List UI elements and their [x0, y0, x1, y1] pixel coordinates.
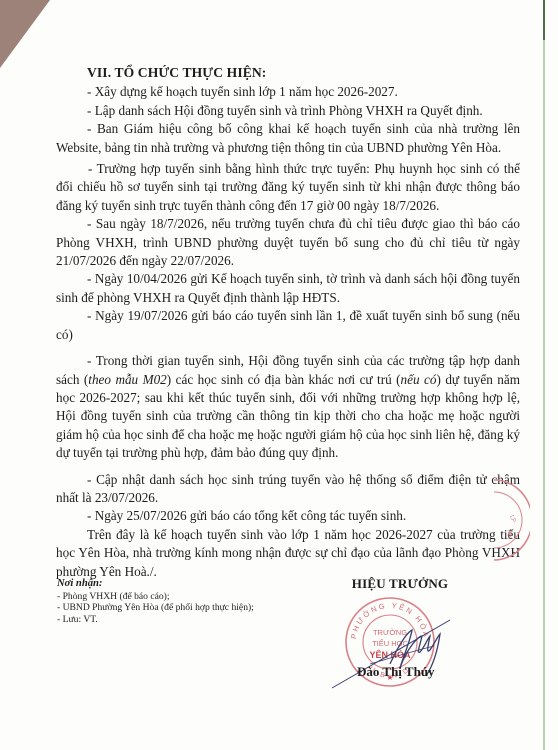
recipients-block: Nơi nhận: - Phòng VHXH (để báo cáo); - U… [57, 578, 254, 625]
scan-edge-line [543, 0, 545, 750]
recipient-item: - Lưu: VT. [57, 614, 254, 626]
recipient-item: - Phòng VHXH (để báo cáo); [57, 591, 254, 603]
closing-paragraph: Trên đây là kế hoạch tuyển sinh vào lớp … [56, 526, 520, 581]
item-online: - Trường hợp tuyển sinh bằng hình thức t… [56, 160, 520, 215]
item-final-report: - Ngày 25/07/2026 gửi báo cáo tổng kết c… [56, 507, 520, 525]
partial-seal-icon: LP MA [480, 470, 530, 570]
signer-name: Đào Thị Thúy [357, 664, 435, 680]
document-page: VII. TỔ CHỨC THỰC HIỆN: - Xây dựng kế ho… [56, 64, 520, 581]
recipient-item: - UBND Phường Yên Hòa (để phối hợp thực … [57, 602, 254, 614]
item-submit-plan: - Ngày 10/04/2026 gửi Kế hoạch tuyển sin… [56, 270, 520, 307]
italic-if-any: nếu có [401, 372, 437, 387]
item-report-round1: - Ngày 19/07/2026 gửi báo cáo tuyển sinh… [56, 307, 520, 344]
signer-title: HIỆU TRƯỞNG [340, 576, 460, 592]
item-plan: - Xây dựng kế hoạch tuyển sinh lớp 1 năm… [56, 83, 520, 101]
item-update-grades: - Cập nhật danh sách học sinh trúng tuyể… [56, 471, 520, 508]
recipients-title: Nơi nhận: [57, 578, 254, 590]
item-after-deadline: - Sau ngày 18/7/2026, nếu trường tuyển c… [56, 215, 520, 270]
item-m02-list: - Trong thời gian tuyển sinh, Hội đồng t… [56, 352, 520, 462]
italic-form-m02: theo mẫu M02 [88, 372, 167, 387]
svg-text:LP: LP [508, 515, 516, 524]
item-council-list: - Lập danh sách Hội đồng tuyển sinh và t… [56, 102, 520, 120]
item-publish: - Ban Giám hiệu công bố công khai kế hoạ… [56, 120, 520, 157]
signature-block: HIỆU TRƯỞNG [340, 576, 460, 592]
section-heading: VII. TỔ CHỨC THỰC HIỆN: [87, 64, 520, 82]
svg-text:MA: MA [505, 530, 512, 539]
scan-corner-fold [0, 0, 50, 68]
